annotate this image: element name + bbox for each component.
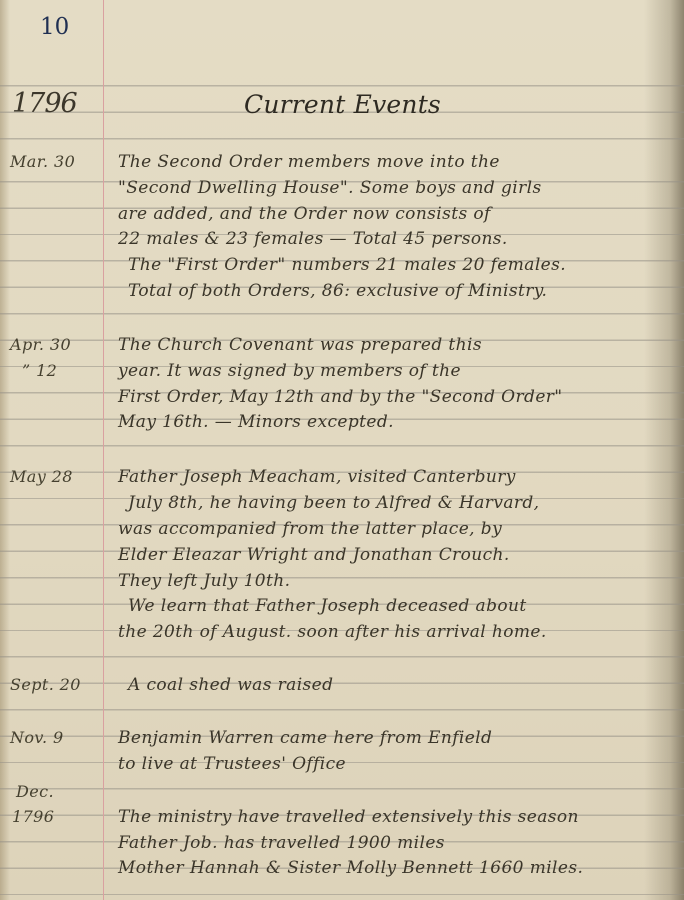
entry-date-secondary: ” 12 — [22, 361, 57, 380]
entry-line: year. It was signed by members of the — [118, 361, 461, 381]
entry-line: was accompanied from the latter place, b… — [118, 519, 502, 539]
entry-date: Sept. 20 — [10, 675, 81, 694]
entry-line: July 8th, he having been to Alfred & Har… — [128, 493, 539, 513]
entry-line: Father Job. has travelled 1900 miles — [118, 833, 445, 853]
entry-line: First Order, May 12th and by the "Second… — [118, 387, 563, 407]
entry-line: Mother Hannah & Sister Molly Bennett 166… — [118, 858, 583, 878]
page-title: Current Events — [244, 90, 441, 119]
entry-line: the 20th of August. soon after his arriv… — [118, 622, 547, 642]
margin-line — [103, 0, 104, 900]
entry-line: are added, and the Order now consists of — [118, 204, 491, 224]
entry-line: Total of both Orders, 86: exclusive of M… — [128, 281, 547, 301]
entry-date: May 28 — [10, 467, 73, 486]
entry-line: May 16th. — Minors excepted. — [118, 412, 394, 432]
entry-line: The "First Order" numbers 21 males 20 fe… — [128, 255, 566, 275]
entry-line: They left July 10th. — [118, 571, 290, 591]
entry-date-secondary: 1796 — [12, 807, 54, 826]
entry-date: Dec. — [16, 782, 54, 801]
entry-line: Father Joseph Meacham, visited Canterbur… — [118, 467, 516, 487]
entry-line: The Second Order members move into the — [118, 152, 500, 172]
entry-line: Elder Eleazar Wright and Jonathan Crouch… — [118, 545, 510, 565]
page-number: 10 — [40, 14, 69, 40]
entry-line: to live at Trustees' Office — [118, 754, 346, 774]
entry-date: Apr. 30 — [10, 335, 71, 354]
entry-line: "Second Dwelling House". Some boys and g… — [118, 178, 542, 198]
entry-line: Benjamin Warren came here from Enfield — [118, 728, 492, 748]
entry-line: The ministry have travelled extensively … — [118, 807, 579, 827]
entry-line: 22 males & 23 females — Total 45 persons… — [118, 229, 508, 249]
year-heading: 1796 — [12, 88, 77, 119]
entry-date: Mar. 30 — [10, 152, 75, 171]
ledger-page: 10 1796 Current Events Mar. 30 The Secon… — [0, 0, 684, 900]
entry-line: A coal shed was raised — [128, 675, 333, 695]
entry-line: We learn that Father Joseph deceased abo… — [128, 596, 527, 616]
entry-line: The Church Covenant was prepared this — [118, 335, 482, 355]
entry-date: Nov. 9 — [10, 728, 64, 747]
